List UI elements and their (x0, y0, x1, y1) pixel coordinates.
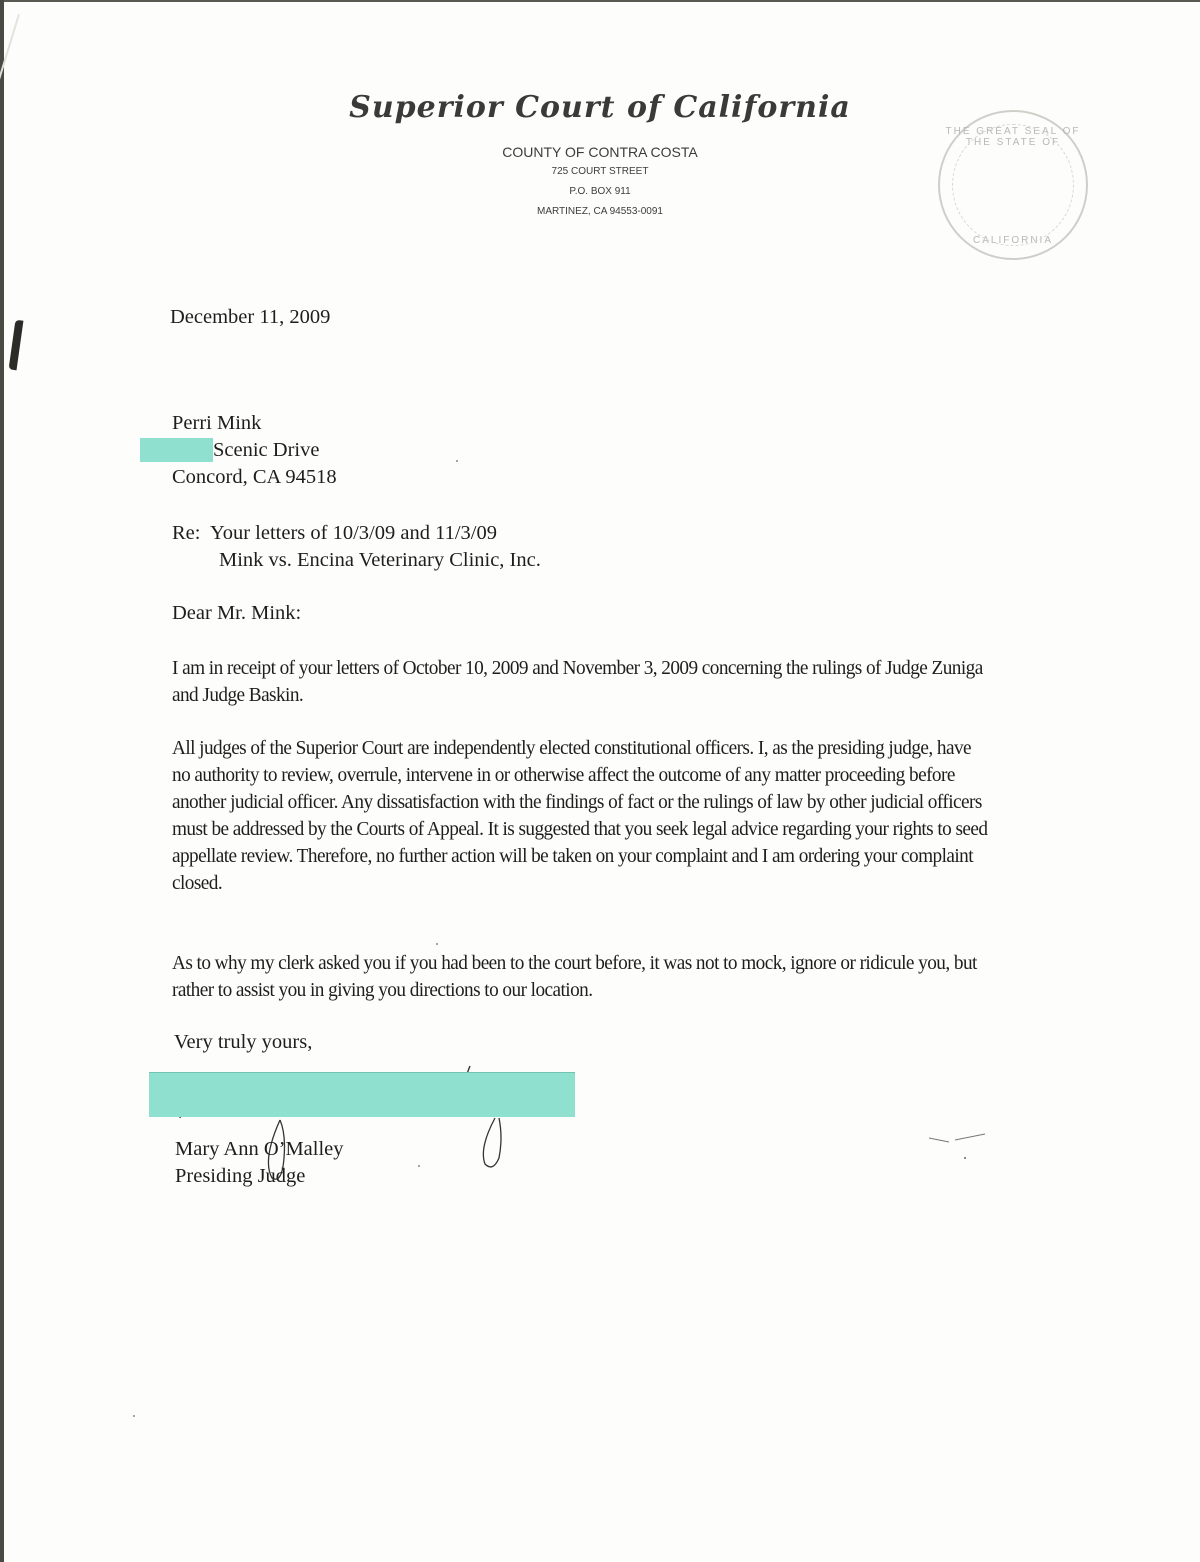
body-paragraph: As to why my clerk asked you if you had … (172, 950, 990, 1004)
seal-text-top: THE GREAT SEAL OF THE STATE OF (940, 126, 1086, 148)
recipient-address: Perri Mink Scenic Drive Concord, CA 9451… (172, 410, 337, 491)
re-prefix: Re: (172, 522, 200, 544)
state-seal-icon: THE GREAT SEAL OF THE STATE OF CALIFORNI… (938, 110, 1088, 260)
page-fold-shadow (9, 320, 24, 371)
signature-redaction (149, 1072, 575, 1117)
body-paragraph: All judges of the Superior Court are ind… (172, 735, 990, 897)
recipient-name: Perri Mink (172, 410, 337, 437)
re-line-2: Mink vs. Encina Veterinary Clinic, Inc. (172, 547, 541, 574)
recipient-city: Concord, CA 94518 (172, 464, 337, 491)
stray-pen-mark (925, 1130, 995, 1160)
reference-line: Re: Your letters of 10/3/09 and 11/3/09 … (172, 520, 541, 574)
salutation: Dear Mr. Mink: (172, 600, 301, 627)
recipient-street: Scenic Drive (172, 437, 337, 464)
scan-speck (418, 1165, 420, 1167)
scan-edge-left (0, 0, 4, 1562)
body-paragraph: I am in receipt of your letters of Octob… (172, 655, 990, 709)
scan-speck (436, 943, 438, 945)
seal-text-bottom: CALIFORNIA (940, 235, 1086, 246)
closing: Very truly yours, (174, 1029, 312, 1056)
signer-name: Mary Ann O’Malley (175, 1136, 344, 1163)
scan-edge-top (0, 0, 1200, 2)
re-line-1: Your letters of 10/3/09 and 11/3/09 (210, 522, 497, 544)
signer-block: Mary Ann O’Malley Presiding Judge (175, 1136, 344, 1190)
scan-speck (133, 1415, 135, 1417)
letter-date: December 11, 2009 (170, 304, 330, 331)
signer-title: Presiding Judge (175, 1163, 344, 1190)
scan-speck (456, 460, 458, 462)
